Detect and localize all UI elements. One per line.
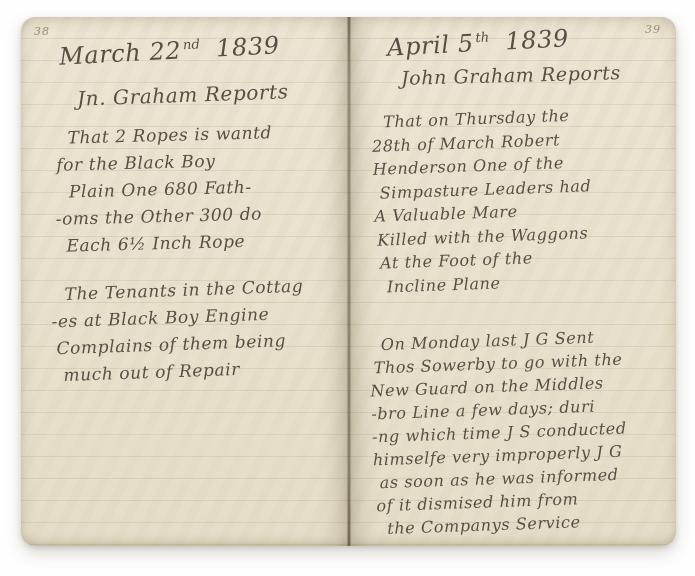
- notebook-spread: 38 March 22nd1839 Jn. Graham Reports Tha…: [21, 17, 676, 546]
- right-byline: John Graham Reports: [400, 62, 620, 90]
- left-date-ordinal: nd: [183, 37, 201, 53]
- left-byline: Jn. Graham Reports: [77, 79, 289, 110]
- left-paragraph-1: That 2 Ropes is wantd for the Black Boy …: [53, 120, 275, 261]
- right-paragraph-2: On Monday last J G Sent Thos Sowerby to …: [368, 325, 630, 541]
- right-date-heading: April 5th1839: [386, 24, 569, 61]
- left-paragraph-2: The Tenants in the Cottag -es at Black B…: [50, 274, 306, 391]
- right-page: 39 April 5th1839 John Graham Reports Tha…: [349, 17, 677, 546]
- left-date-year: 1839: [215, 31, 280, 62]
- left-date-main: March 22: [58, 36, 182, 70]
- right-date-main: April 5: [386, 29, 474, 61]
- handwritten-line: Each 6½ Inch Rope: [66, 228, 275, 260]
- book-spine-gutter: [347, 17, 350, 546]
- page-number-right: 39: [645, 23, 661, 36]
- page-number-left: 38: [34, 25, 50, 38]
- photo-background: 38 March 22nd1839 Jn. Graham Reports Tha…: [0, 0, 695, 576]
- handwritten-line: That 2 Ropes is wantd: [67, 120, 272, 152]
- right-date-ordinal: th: [475, 30, 490, 46]
- left-date-heading: March 22nd1839: [58, 31, 280, 71]
- left-page: 38 March 22nd1839 Jn. Graham Reports Tha…: [21, 17, 349, 546]
- right-date-year: 1839: [504, 24, 569, 55]
- right-paragraph-1: That on Thursday the 28th of March Rober…: [370, 103, 594, 298]
